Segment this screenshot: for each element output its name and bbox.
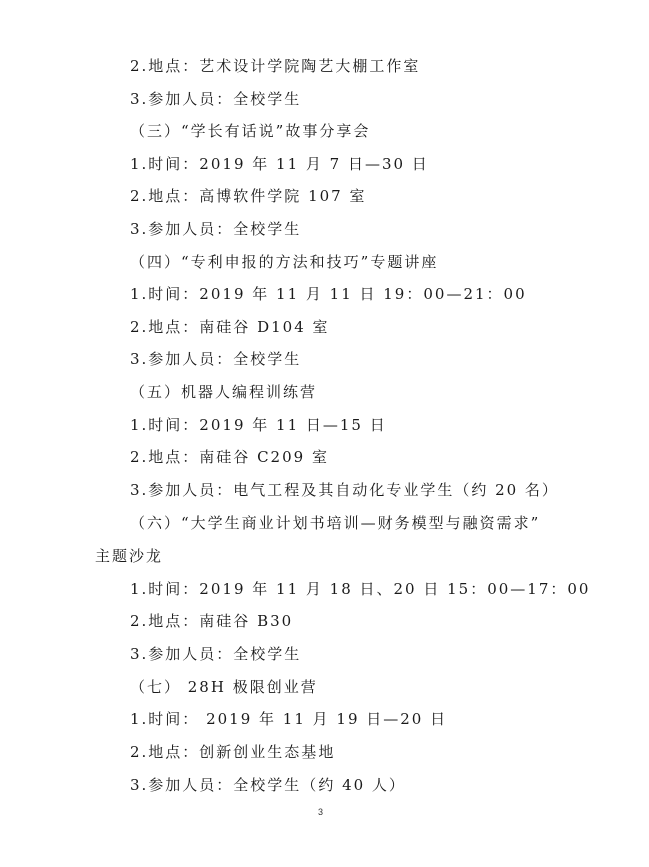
line-participants: 3.参加人员：电气工程及其自动化专业学生（约 20 名） bbox=[130, 480, 559, 500]
section-heading-7: （七） 28H 极限创业营 bbox=[130, 677, 318, 697]
section-heading-3: （三）“学长有话说”故事分享会 bbox=[130, 121, 370, 141]
line-location: 2.地点：高博软件学院 107 室 bbox=[130, 186, 366, 206]
line-location: 2.地点：南硅谷 B30 bbox=[130, 611, 293, 631]
line-location: 2.地点：南硅谷 C209 室 bbox=[130, 447, 329, 467]
page-number: 3 bbox=[318, 806, 323, 818]
line-participants: 3.参加人员：全校学生 bbox=[130, 644, 301, 664]
section-heading-6: （六）“大学生商业计划书培训—财务模型与融资需求” bbox=[130, 513, 540, 533]
section-heading-6-continued: 主题沙龙 bbox=[95, 546, 163, 566]
line-time: 1.时间：2019 年 11 日—15 日 bbox=[130, 415, 387, 435]
line-participants: 3.参加人员：全校学生 bbox=[130, 349, 301, 369]
line-location-ceramics: 2.地点：艺术设计学院陶艺大棚工作室 bbox=[130, 56, 420, 76]
line-time: 1.时间： 2019 年 11 月 19 日—20 日 bbox=[130, 709, 447, 729]
section-heading-4: （四）“专利申报的方法和技巧”专题讲座 bbox=[130, 252, 438, 272]
line-participants: 3.参加人员：全校学生（约 40 人） bbox=[130, 775, 406, 795]
line-time: 1.时间：2019 年 11 月 7 日—30 日 bbox=[130, 154, 429, 174]
line-participants: 3.参加人员：全校学生 bbox=[130, 219, 301, 239]
line-time: 1.时间：2019 年 11 月 11 日 19：00—21：00 bbox=[130, 284, 527, 304]
section-heading-5: （五）机器人编程训练营 bbox=[130, 382, 317, 402]
line-participants: 3.参加人员：全校学生 bbox=[130, 89, 301, 109]
line-location: 2.地点：创新创业生态基地 bbox=[130, 742, 335, 762]
line-time: 1.时间：2019 年 11 月 18 日、20 日 15：00—17：00 bbox=[130, 579, 590, 599]
line-location: 2.地点：南硅谷 D104 室 bbox=[130, 317, 330, 337]
